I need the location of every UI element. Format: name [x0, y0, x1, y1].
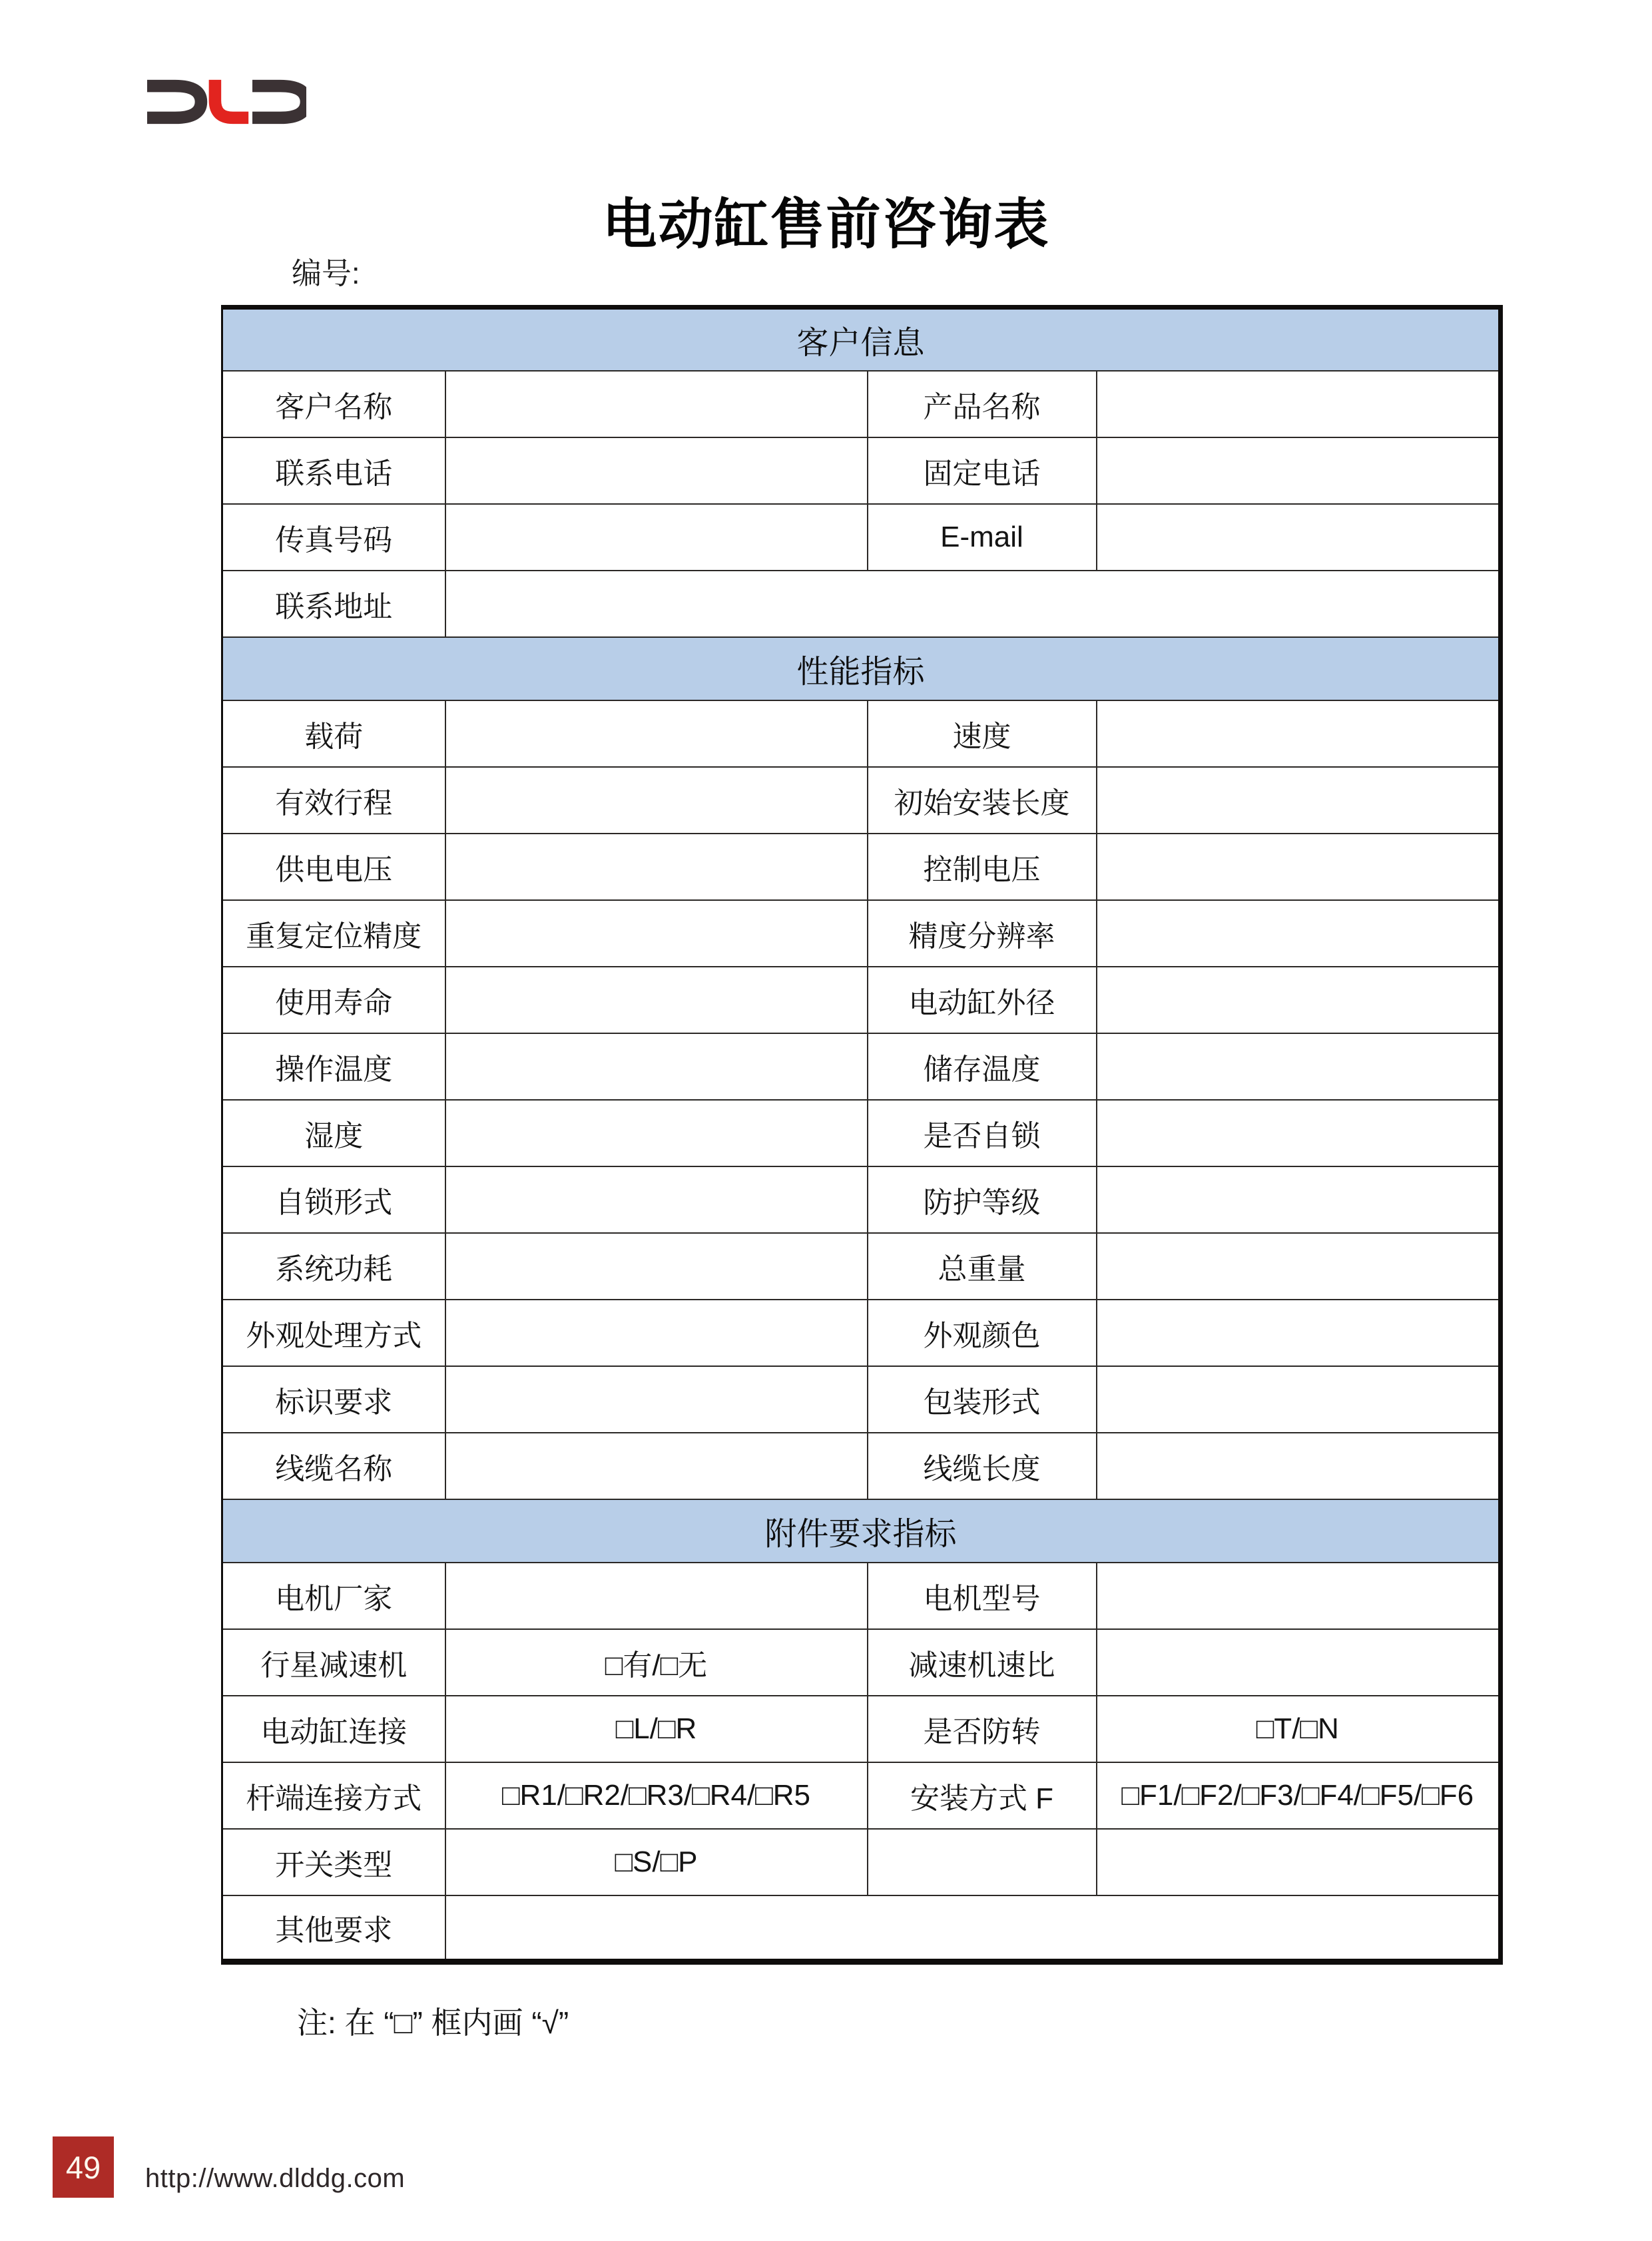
field-value — [1097, 1366, 1501, 1433]
field-value: □T/□N — [1097, 1696, 1501, 1762]
field-value — [445, 1433, 868, 1499]
field-value — [445, 1100, 868, 1166]
field-label: 开关类型 — [222, 1829, 445, 1895]
field-value — [1097, 1100, 1501, 1166]
field-value — [445, 967, 868, 1033]
field-label: 有效行程 — [222, 767, 445, 834]
field-label: 线缆名称 — [222, 1433, 445, 1499]
field-label: 电机厂家 — [222, 1563, 445, 1629]
table-row: 有效行程初始安装长度 — [222, 767, 1501, 834]
table-row: 行星减速机□有/□无减速机速比 — [222, 1629, 1501, 1696]
field-value — [1097, 1563, 1501, 1629]
field-label: 重复定位精度 — [222, 900, 445, 967]
field-label: 外观颜色 — [868, 1300, 1097, 1366]
table-row: 线缆名称线缆长度 — [222, 1433, 1501, 1499]
section-header-1: 性能指标 — [222, 637, 1501, 700]
field-value: □S/□P — [445, 1829, 868, 1895]
form-table-body: 客户信息客户名称产品名称联系电话固定电话传真号码E-mail联系地址性能指标载荷… — [222, 308, 1501, 1962]
table-row: 电动缸连接□L/□R是否防转□T/□N — [222, 1696, 1501, 1762]
field-label — [868, 1829, 1097, 1895]
page-title: 电动缸售前咨询表 — [0, 181, 1652, 259]
consultation-form-table: 客户信息客户名称产品名称联系电话固定电话传真号码E-mail联系地址性能指标载荷… — [221, 305, 1503, 1965]
field-label: 传真号码 — [222, 504, 445, 571]
table-row: 客户名称产品名称 — [222, 371, 1501, 437]
field-value — [445, 1563, 868, 1629]
field-value — [445, 571, 1501, 637]
field-value — [445, 1300, 868, 1366]
table-row: 联系地址 — [222, 571, 1501, 637]
field-value — [1097, 1233, 1501, 1300]
field-label: 标识要求 — [222, 1366, 445, 1433]
field-label: 安装方式 F — [868, 1762, 1097, 1829]
field-label: 储存温度 — [868, 1033, 1097, 1100]
field-value — [1097, 767, 1501, 834]
field-label: 外观处理方式 — [222, 1300, 445, 1366]
logo-letter-l — [215, 80, 248, 118]
field-value — [445, 371, 868, 437]
field-value — [445, 1033, 868, 1100]
field-label: 载荷 — [222, 700, 445, 767]
field-label: 供电电压 — [222, 834, 445, 900]
table-row: 使用寿命电动缸外径 — [222, 967, 1501, 1033]
field-label: 电动缸外径 — [868, 967, 1097, 1033]
serial-number-label: 编号: — [292, 249, 360, 292]
table-row: 操作温度储存温度 — [222, 1033, 1501, 1100]
field-value: □F1/□F2/□F3/□F4/□F5/□F6 — [1097, 1762, 1501, 1829]
field-value — [445, 1166, 868, 1233]
dld-logo — [146, 78, 306, 126]
field-value: □有/□无 — [445, 1629, 868, 1696]
field-value — [1097, 437, 1501, 504]
field-label: 自锁形式 — [222, 1166, 445, 1233]
field-label: 行星减速机 — [222, 1629, 445, 1696]
field-value — [1097, 900, 1501, 967]
field-value — [445, 834, 868, 900]
field-label: 线缆长度 — [868, 1433, 1097, 1499]
field-label: 其他要求 — [222, 1895, 445, 1962]
field-label: 包装形式 — [868, 1366, 1097, 1433]
table-row: 联系电话固定电话 — [222, 437, 1501, 504]
field-label: 是否防转 — [868, 1696, 1097, 1762]
website-url: http://www.dlddg.com — [145, 2164, 405, 2194]
table-row: 载荷速度 — [222, 700, 1501, 767]
field-label: 速度 — [868, 700, 1097, 767]
field-value: □L/□R — [445, 1696, 868, 1762]
field-value — [445, 1895, 1501, 1962]
table-row: 湿度是否自锁 — [222, 1100, 1501, 1166]
field-value: □R1/□R2/□R3/□R4/□R5 — [445, 1762, 868, 1829]
table-row: 自锁形式防护等级 — [222, 1166, 1501, 1233]
field-label: 电机型号 — [868, 1563, 1097, 1629]
field-label: 初始安装长度 — [868, 767, 1097, 834]
field-value — [1097, 1629, 1501, 1696]
table-row: 杆端连接方式□R1/□R2/□R3/□R4/□R5安装方式 F□F1/□F2/□… — [222, 1762, 1501, 1829]
field-label: 联系电话 — [222, 437, 445, 504]
table-row: 传真号码E-mail — [222, 504, 1501, 571]
table-row: 开关类型□S/□P — [222, 1829, 1501, 1895]
table-row: 外观处理方式外观颜色 — [222, 1300, 1501, 1366]
table-row: 其他要求 — [222, 1895, 1501, 1962]
field-label: 系统功耗 — [222, 1233, 445, 1300]
field-value — [1097, 371, 1501, 437]
page-number: 49 — [66, 2149, 101, 2186]
field-label: 固定电话 — [868, 437, 1097, 504]
field-value — [445, 767, 868, 834]
field-label: 控制电压 — [868, 834, 1097, 900]
table-row: 标识要求包装形式 — [222, 1366, 1501, 1433]
field-value — [1097, 834, 1501, 900]
field-label: 防护等级 — [868, 1166, 1097, 1233]
field-value — [445, 504, 868, 571]
logo-letter-d1 — [147, 86, 201, 118]
section-header-2: 附件要求指标 — [222, 1499, 1501, 1563]
field-label: 产品名称 — [868, 371, 1097, 437]
page-number-badge: 49 — [53, 2136, 114, 2198]
field-value — [445, 700, 868, 767]
field-label: 操作温度 — [222, 1033, 445, 1100]
field-label: 电动缸连接 — [222, 1696, 445, 1762]
note-text: 注: 在 “□” 框内画 “√” — [297, 1999, 569, 2043]
field-value — [445, 437, 868, 504]
field-value — [1097, 1300, 1501, 1366]
field-value — [1097, 700, 1501, 767]
field-label: 减速机速比 — [868, 1629, 1097, 1696]
table-row: 电机厂家电机型号 — [222, 1563, 1501, 1629]
field-label: E-mail — [868, 504, 1097, 571]
field-label: 使用寿命 — [222, 967, 445, 1033]
field-value — [1097, 1433, 1501, 1499]
field-value — [1097, 504, 1501, 571]
field-label: 联系地址 — [222, 571, 445, 637]
field-value — [1097, 1829, 1501, 1895]
logo-letter-d2 — [252, 86, 306, 118]
table-row: 供电电压控制电压 — [222, 834, 1501, 900]
table-row: 系统功耗总重量 — [222, 1233, 1501, 1300]
field-label: 湿度 — [222, 1100, 445, 1166]
field-label: 精度分辨率 — [868, 900, 1097, 967]
section-header-0: 客户信息 — [222, 308, 1501, 371]
field-value — [445, 900, 868, 967]
table-row: 重复定位精度精度分辨率 — [222, 900, 1501, 967]
field-value — [445, 1233, 868, 1300]
field-label: 总重量 — [868, 1233, 1097, 1300]
field-value — [1097, 1033, 1501, 1100]
field-label: 杆端连接方式 — [222, 1762, 445, 1829]
field-value — [445, 1366, 868, 1433]
field-value — [1097, 967, 1501, 1033]
field-label: 客户名称 — [222, 371, 445, 437]
field-label: 是否自锁 — [868, 1100, 1097, 1166]
field-value — [1097, 1166, 1501, 1233]
